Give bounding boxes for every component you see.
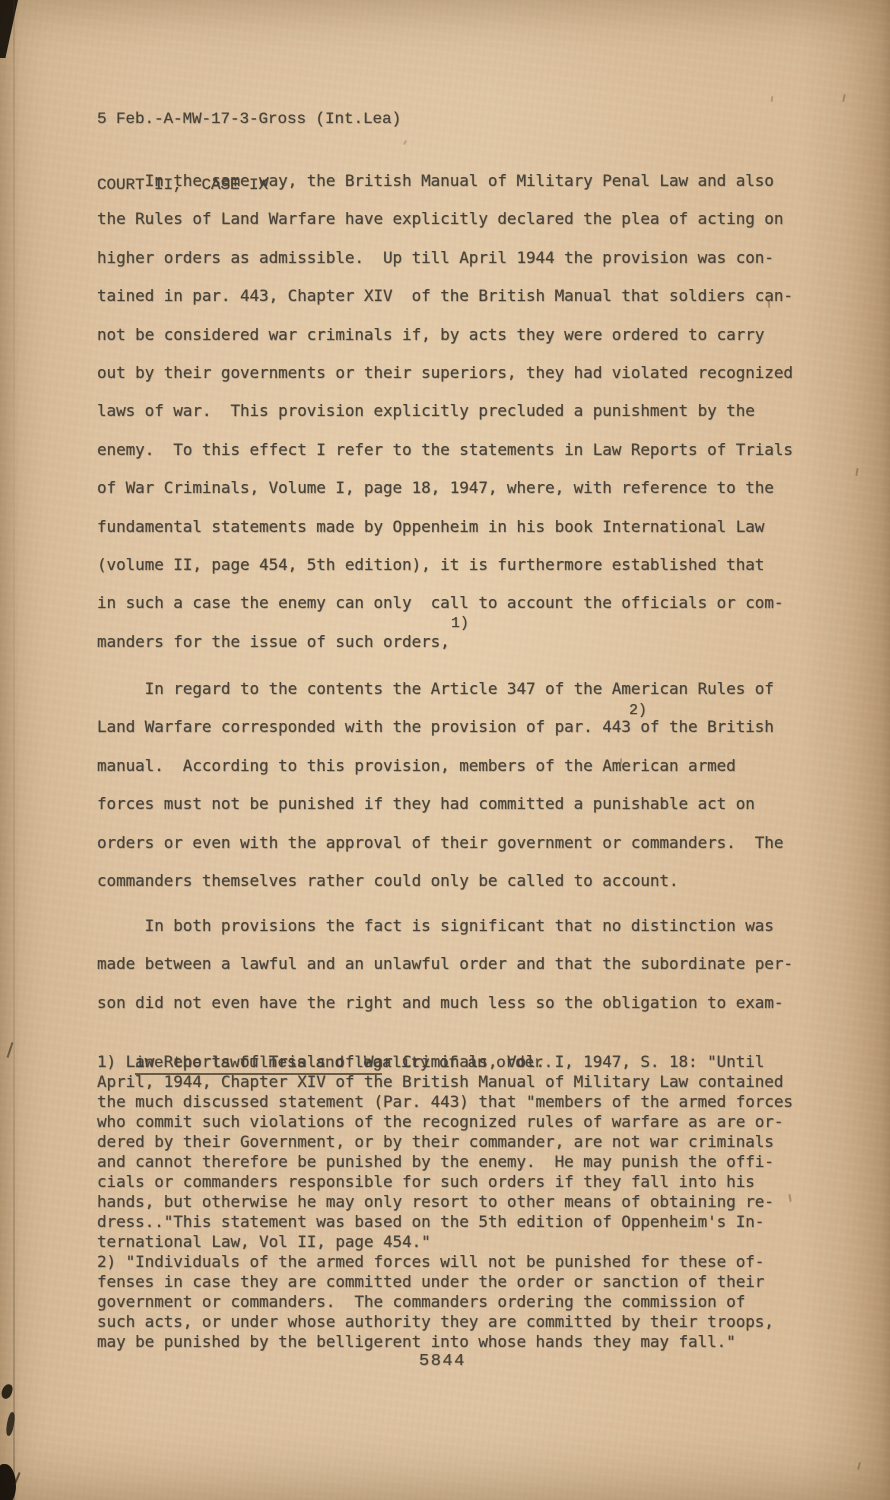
scan-ink-blob (5, 1412, 16, 1437)
scan-speck (842, 94, 846, 102)
scan-speck (403, 140, 407, 145)
scan-stray-mark (7, 1042, 14, 1058)
scan-corner-mark (0, 0, 30, 58)
scan-speck (855, 468, 858, 476)
footnote-ref-1-marker: 1) (451, 616, 469, 631)
body-paragraph-3: In both provisions the fact is significa… (97, 907, 793, 1022)
scan-speck (857, 1462, 861, 1470)
footnote-2: 2) "Individuals of the armed forces will… (97, 1252, 774, 1352)
footnote-1: 1) Law Reports of Trials of War Criminal… (97, 1052, 793, 1252)
body-paragraph-2: In regard to the contents the Article 34… (97, 670, 783, 900)
scan-speck (771, 96, 774, 102)
footnote-ref-2-marker: 2) (629, 703, 647, 718)
body-paragraph-1: In the same way, the British Manual of M… (97, 162, 793, 661)
header-reference-line: 5 Feb.-A-MW-17-3-Gross (Int.Lea) (97, 108, 401, 130)
document-page: 5 Feb.-A-MW-17-3-Gross (Int.Lea) COURT I… (0, 0, 890, 1500)
scan-ink-blob (0, 1383, 13, 1400)
page-number: 5844 (419, 1352, 466, 1371)
paper-edge-crease (13, 0, 15, 1500)
scan-ink-blob (0, 1464, 16, 1500)
scan-stray-mark (13, 1472, 20, 1486)
